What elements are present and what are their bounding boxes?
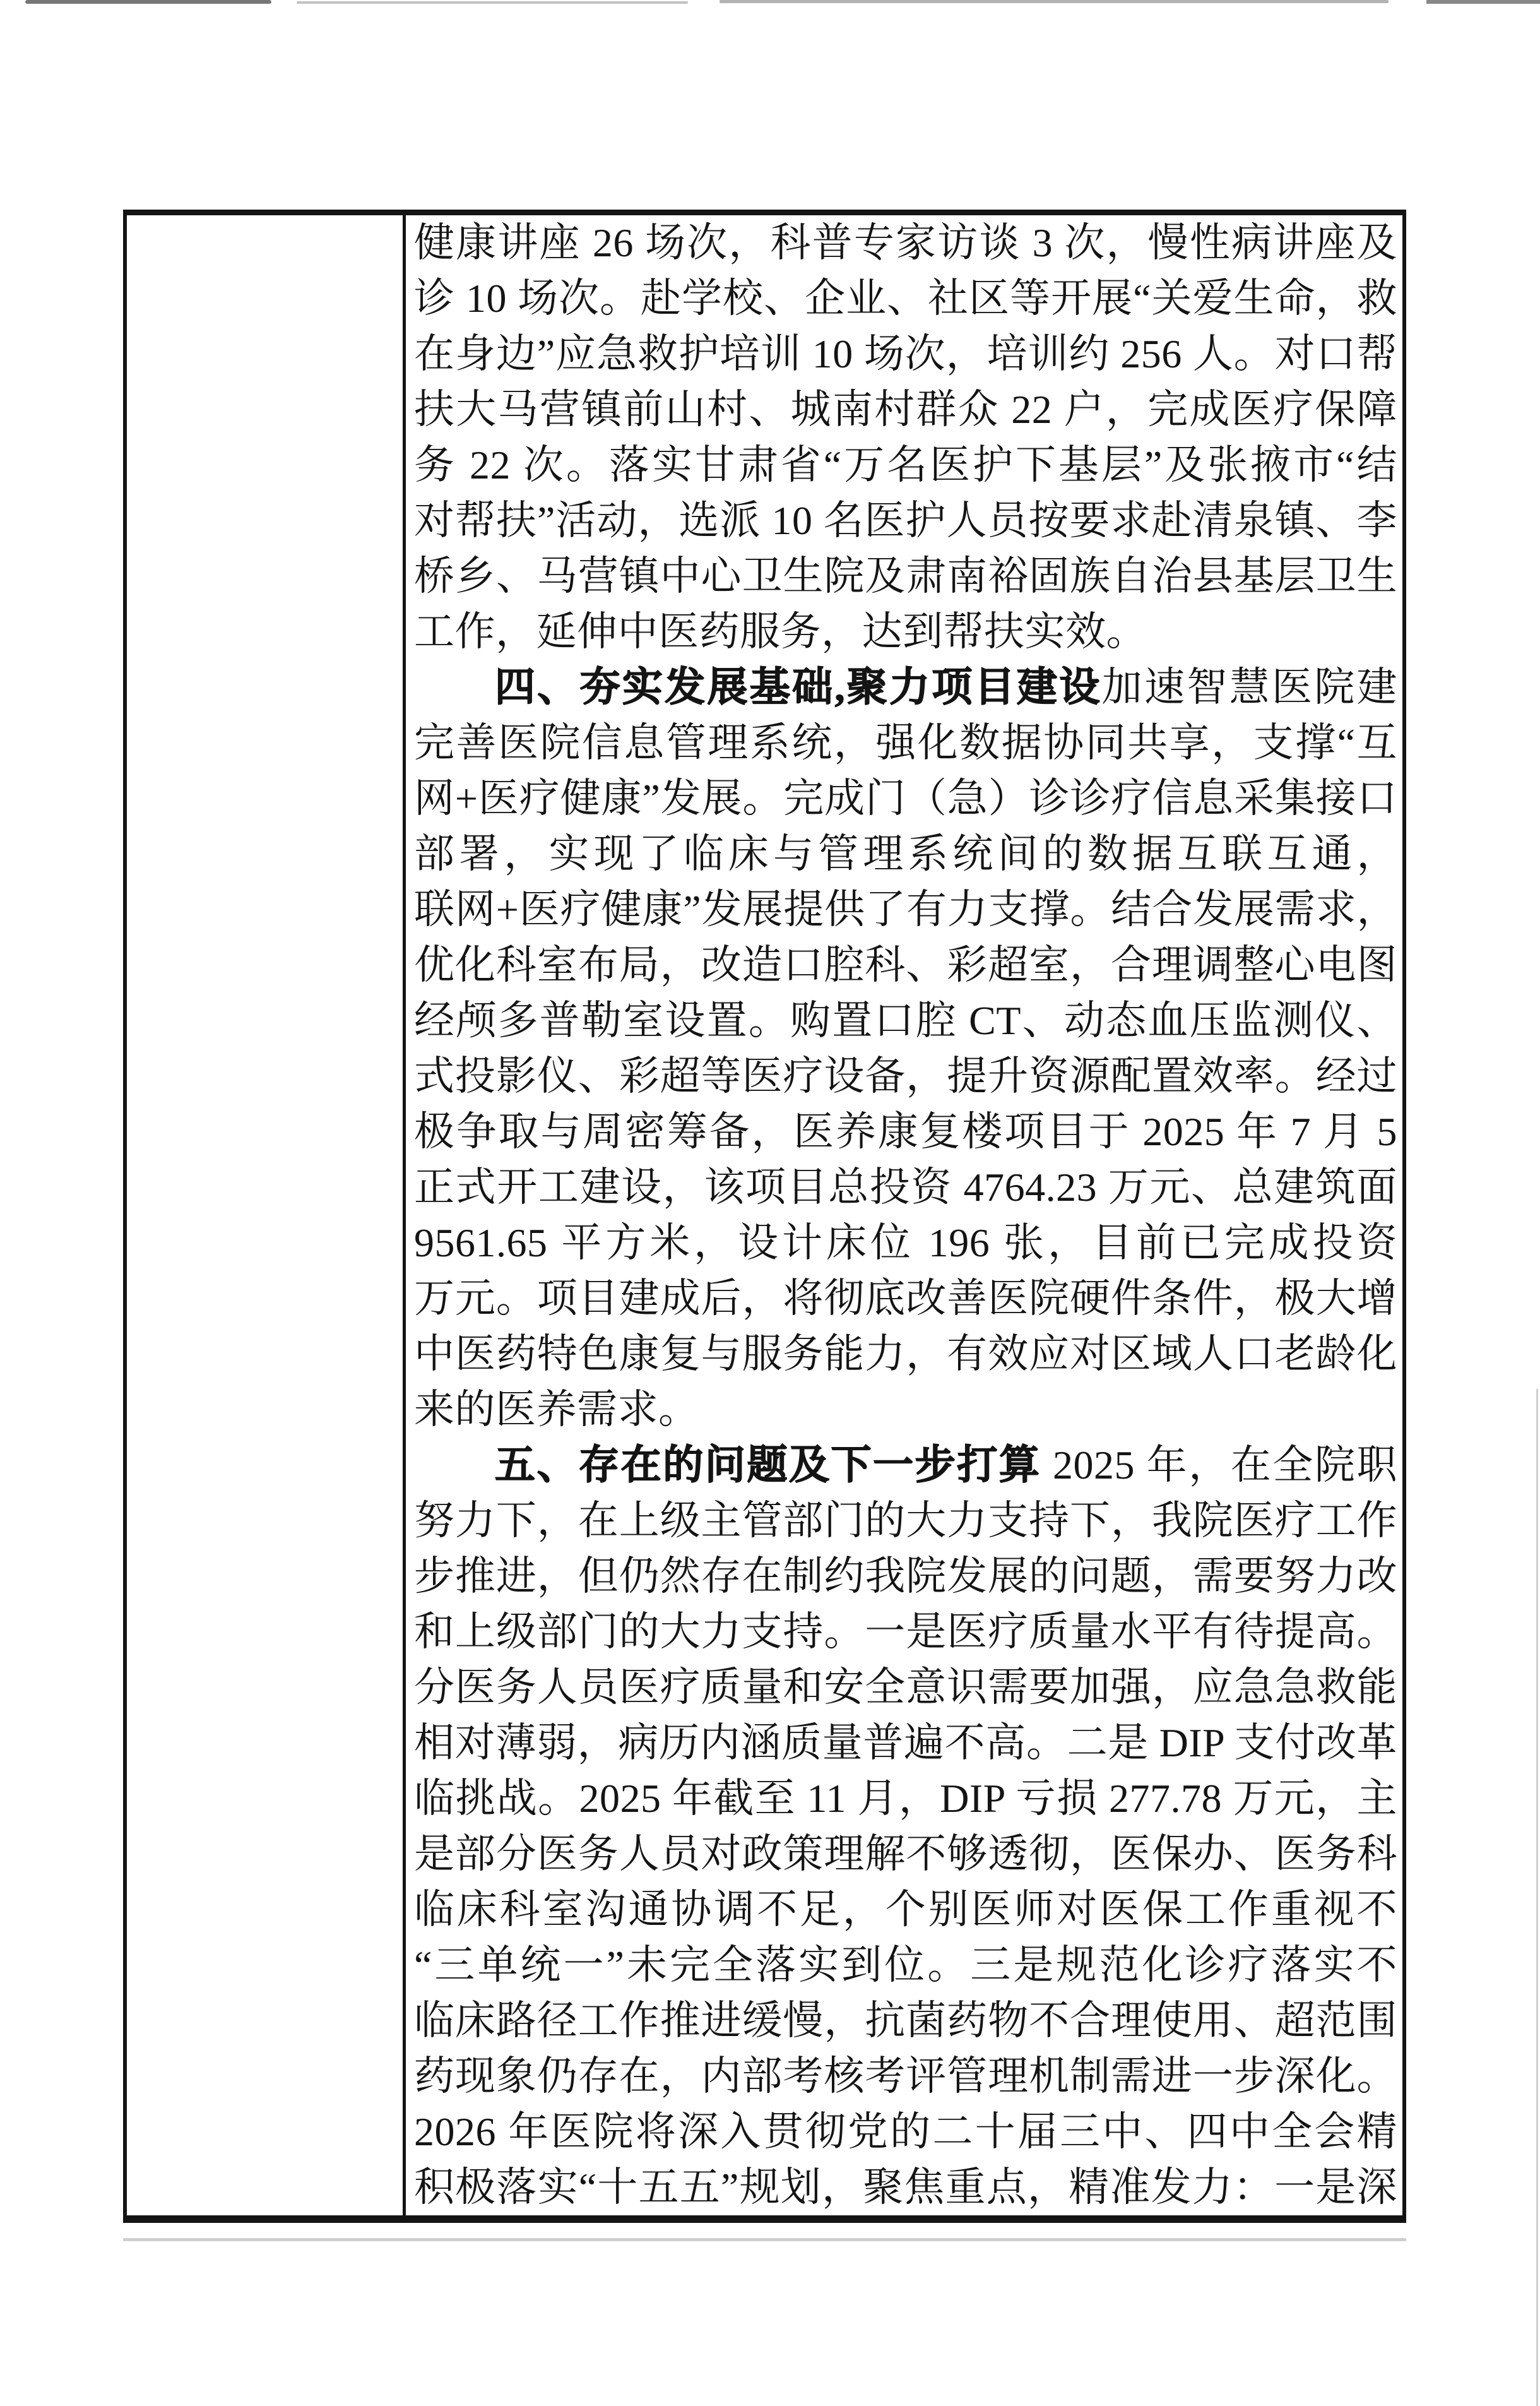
body-text: 部署，实现了临床与管理系统间的数据互联互通，为“互 [414,831,1397,882]
body-text: 9561.65 平方米，设计床位 196 张，目前已完成投资 2100 [414,1220,1397,1271]
body-text: 桥乡、马营镇中心卫生院及肃南裕固族自治县基层卫生院 [414,554,1397,604]
text-line: 万元。项目建成后，将彻底改善医院硬件条件，极大增强 [414,1271,1397,1326]
text-line: 优化科室布局，改造口腔科、彩超室，合理调整心电图室、 [414,938,1397,993]
body-text: 极争取与周密筹备，医养康复楼项目于 2025 年 7 月 5 日 [414,1109,1397,1160]
text-line: “三单统一”未完全落实到位。三是规范化诊疗落实不足。 [414,1938,1397,1993]
text-line: 联网+医疗健康”发展提供了有力支撑。结合发展需求， [414,882,1397,938]
text-line: 完善医院信息管理系统，强化数据协同共享，支撑“互联 [414,715,1397,771]
body-text: 务 22 次。落实甘肃省“万名医护下基层”及张掖市“结 [414,443,1397,487]
text-line: 来的医养需求。 [414,1382,1397,1438]
body-text: 中医药特色康复与服务能力，有效应对区域人口老龄化带 [414,1331,1397,1382]
body-text: 临床路径工作推进缓慢，抗菌药物不合理使用、超范围用 [414,1998,1397,2049]
text-line: 正式开工建设，该项目总投资 4764.23 万元、总建筑面积 [414,1160,1397,1215]
text-line: 努力下，在上级主管部门的大力支持下，我院医疗工作稳 [414,1493,1397,1549]
body-text: 药现象仍存在，内部考核考评管理机制需进一步深化。 [414,2054,1397,2099]
text-line: 药现象仍存在，内部考核考评管理机制需进一步深化。 [414,2049,1397,2104]
body-text: 正式开工建设，该项目总投资 4764.23 万元、总建筑面积 [414,1165,1397,1215]
body-text: 临挑战。2025 年截至 11 月，DIP 亏损 277.78 万元，主要 [414,1776,1397,1826]
text-line: 分医务人员医疗质量和安全意识需要加强，应急急救能力 [414,1660,1397,1715]
body-text: 临床科室沟通协调不足，个别医师对医保工作重视不够， [414,1887,1397,1938]
section-heading: 五、存在的问题及下一步打算 [495,1443,1041,1487]
body-text: 扶大马营镇前山村、城南村群众 22 户，完成医疗保障服 [414,387,1397,438]
text-line: 工作，延伸中医药服务，达到帮扶实效。 [414,604,1397,660]
text-line: 临床科室沟通协调不足，个别医师对医保工作重视不够， [414,1882,1397,1938]
text-line: 极争取与周密筹备，医养康复楼项目于 2025 年 7 月 5 日 [414,1104,1397,1160]
report-cell-lines: 健康讲座 26 场次，科普专家访谈 3 次，慢性病讲座及义诊 10 场次。赴学校… [414,215,1397,2215]
body-text: 相对薄弱，病历内涵质量普遍不高。二是 DIP 支付改革面 [414,1720,1397,1771]
text-line: 和上级部门的大力支持。一是医疗质量水平有待提高。部 [414,1604,1397,1660]
text-line: 积极落实“十五五”规划，聚焦重点，精准发力：一是深 [414,2160,1397,2215]
body-text: 在身边”应急救护培训 10 场次，培训约 256 人。对口帮 [414,331,1397,376]
text-line: 2026 年医院将深入贯彻党的二十届三中、四中全会精神， [414,2104,1397,2160]
body-text: 是部分医务人员对政策理解不够透彻，医保办、医务科与 [414,1831,1397,1882]
text-line: 五、存在的问题及下一步打算 2025 年，在全院职工 [414,1438,1397,1493]
text-line: 式投影仪、彩超等医疗设备，提升资源配置效率。经过积 [414,1049,1397,1104]
text-line: 9561.65 平方米，设计床位 196 张，目前已完成投资 2100 [414,1215,1397,1271]
scan-artifact-top-left [25,0,271,4]
body-text: 步推进，但仍然存在制约我院发展的问题，需要努力改进 [414,1554,1397,1604]
body-text: 联网+医疗健康”发展提供了有力支撑。结合发展需求， [414,887,1397,932]
text-line: 中医药特色康复与服务能力，有效应对区域人口老龄化带 [414,1326,1397,1382]
text-line: 对帮扶”活动，选派 10 名医护人员按要求赴清泉镇、李 [414,493,1397,549]
scan-artifact-top-right [720,0,1389,3]
text-line: 桥乡、马营镇中心卫生院及肃南裕固族自治县基层卫生院 [414,549,1397,604]
scan-artifact-top-corner [1426,0,1540,4]
text-line: 诊 10 场次。赴学校、企业、社区等开展“关爱生命，救 [414,271,1397,326]
body-text: 分医务人员医疗质量和安全意识需要加强，应急急救能力 [414,1665,1397,1715]
text-line: 网+医疗健康”发展。完成门（急）诊诊疗信息采集接口 [414,771,1397,826]
body-text: 对帮扶”活动，选派 10 名医护人员按要求赴清泉镇、李 [414,498,1397,543]
scan-artifact-bottom-echo [123,2238,1406,2241]
body-text: 2026 年医院将深入贯彻党的二十届三中、四中全会精神， [414,2109,1397,2160]
text-line: 在身边”应急救护培训 10 场次，培训约 256 人。对口帮 [414,326,1397,382]
body-text: “三单统一”未完全落实到位。三是规范化诊疗落实不足。 [414,1943,1397,1993]
body-text: 来的医养需求。 [414,1387,699,1432]
body-text: 完善医院信息管理系统，强化数据协同共享，支撑“互联 [414,720,1397,771]
text-line: 经颅多普勒室设置。购置口腔 CT、动态血压监测仪、移动 [414,993,1397,1049]
report-table: 健康讲座 26 场次，科普专家访谈 3 次，慢性病讲座及义诊 10 场次。赴学校… [123,210,1406,2223]
scan-artifact-top-mid [297,1,688,4]
text-line: 健康讲座 26 场次，科普专家访谈 3 次，慢性病讲座及义 [414,215,1397,271]
body-text: 健康讲座 26 场次，科普专家访谈 3 次，慢性病讲座及义 [414,220,1397,271]
body-text: 和上级部门的大力支持。一是医疗质量水平有待提高。部 [414,1609,1397,1660]
body-text: 努力下，在上级主管部门的大力支持下，我院医疗工作稳 [414,1498,1397,1549]
text-line: 步推进，但仍然存在制约我院发展的问题，需要努力改进 [414,1549,1397,1604]
text-line: 是部分医务人员对政策理解不够透彻，医保办、医务科与 [414,1826,1397,1882]
body-text: 经颅多普勒室设置。购置口腔 CT、动态血压监测仪、移动 [414,998,1397,1049]
text-line: 临挑战。2025 年截至 11 月，DIP 亏损 277.78 万元，主要 [414,1771,1397,1826]
text-line: 部署，实现了临床与管理系统间的数据互联互通，为“互 [414,826,1397,882]
text-line: 扶大马营镇前山村、城南村群众 22 户，完成医疗保障服 [414,382,1397,438]
section-heading: 四、夯实发展基础,聚力项目建设 [495,665,1102,710]
scanned-document-page: 健康讲座 26 场次，科普专家访谈 3 次，慢性病讲座及义诊 10 场次。赴学校… [0,0,1540,2406]
text-line: 临床路径工作推进缓慢，抗菌药物不合理使用、超范围用 [414,1993,1397,2049]
body-text: 优化科室布局，改造口腔科、彩超室，合理调整心电图室、 [414,943,1397,993]
text-line: 务 22 次。落实甘肃省“万名医护下基层”及张掖市“结 [414,438,1397,493]
body-text: 万元。项目建成后，将彻底改善医院硬件条件，极大增强 [414,1276,1397,1326]
body-text: 网+医疗健康”发展。完成门（急）诊诊疗信息采集接口 [414,776,1397,821]
text-line: 相对薄弱，病历内涵质量普遍不高。二是 DIP 支付改革面 [414,1715,1397,1771]
body-text: 诊 10 场次。赴学校、企业、社区等开展“关爱生命，救 [414,276,1397,321]
text-line: 四、夯实发展基础,聚力项目建设加速智慧医院建设， [414,660,1397,715]
body-text: 积极落实“十五五”规划，聚焦重点，精准发力：一是深 [414,2165,1397,2210]
body-text: 工作，延伸中医药服务，达到帮扶实效。 [414,609,1147,654]
body-text: 式投影仪、彩超等医疗设备，提升资源配置效率。经过积 [414,1054,1397,1104]
table-left-empty-cell [127,215,406,2215]
table-text-cell: 健康讲座 26 场次，科普专家访谈 3 次，慢性病讲座及义诊 10 场次。赴学校… [406,215,1402,2215]
scan-artifact-right-edge [1536,1389,1538,2406]
